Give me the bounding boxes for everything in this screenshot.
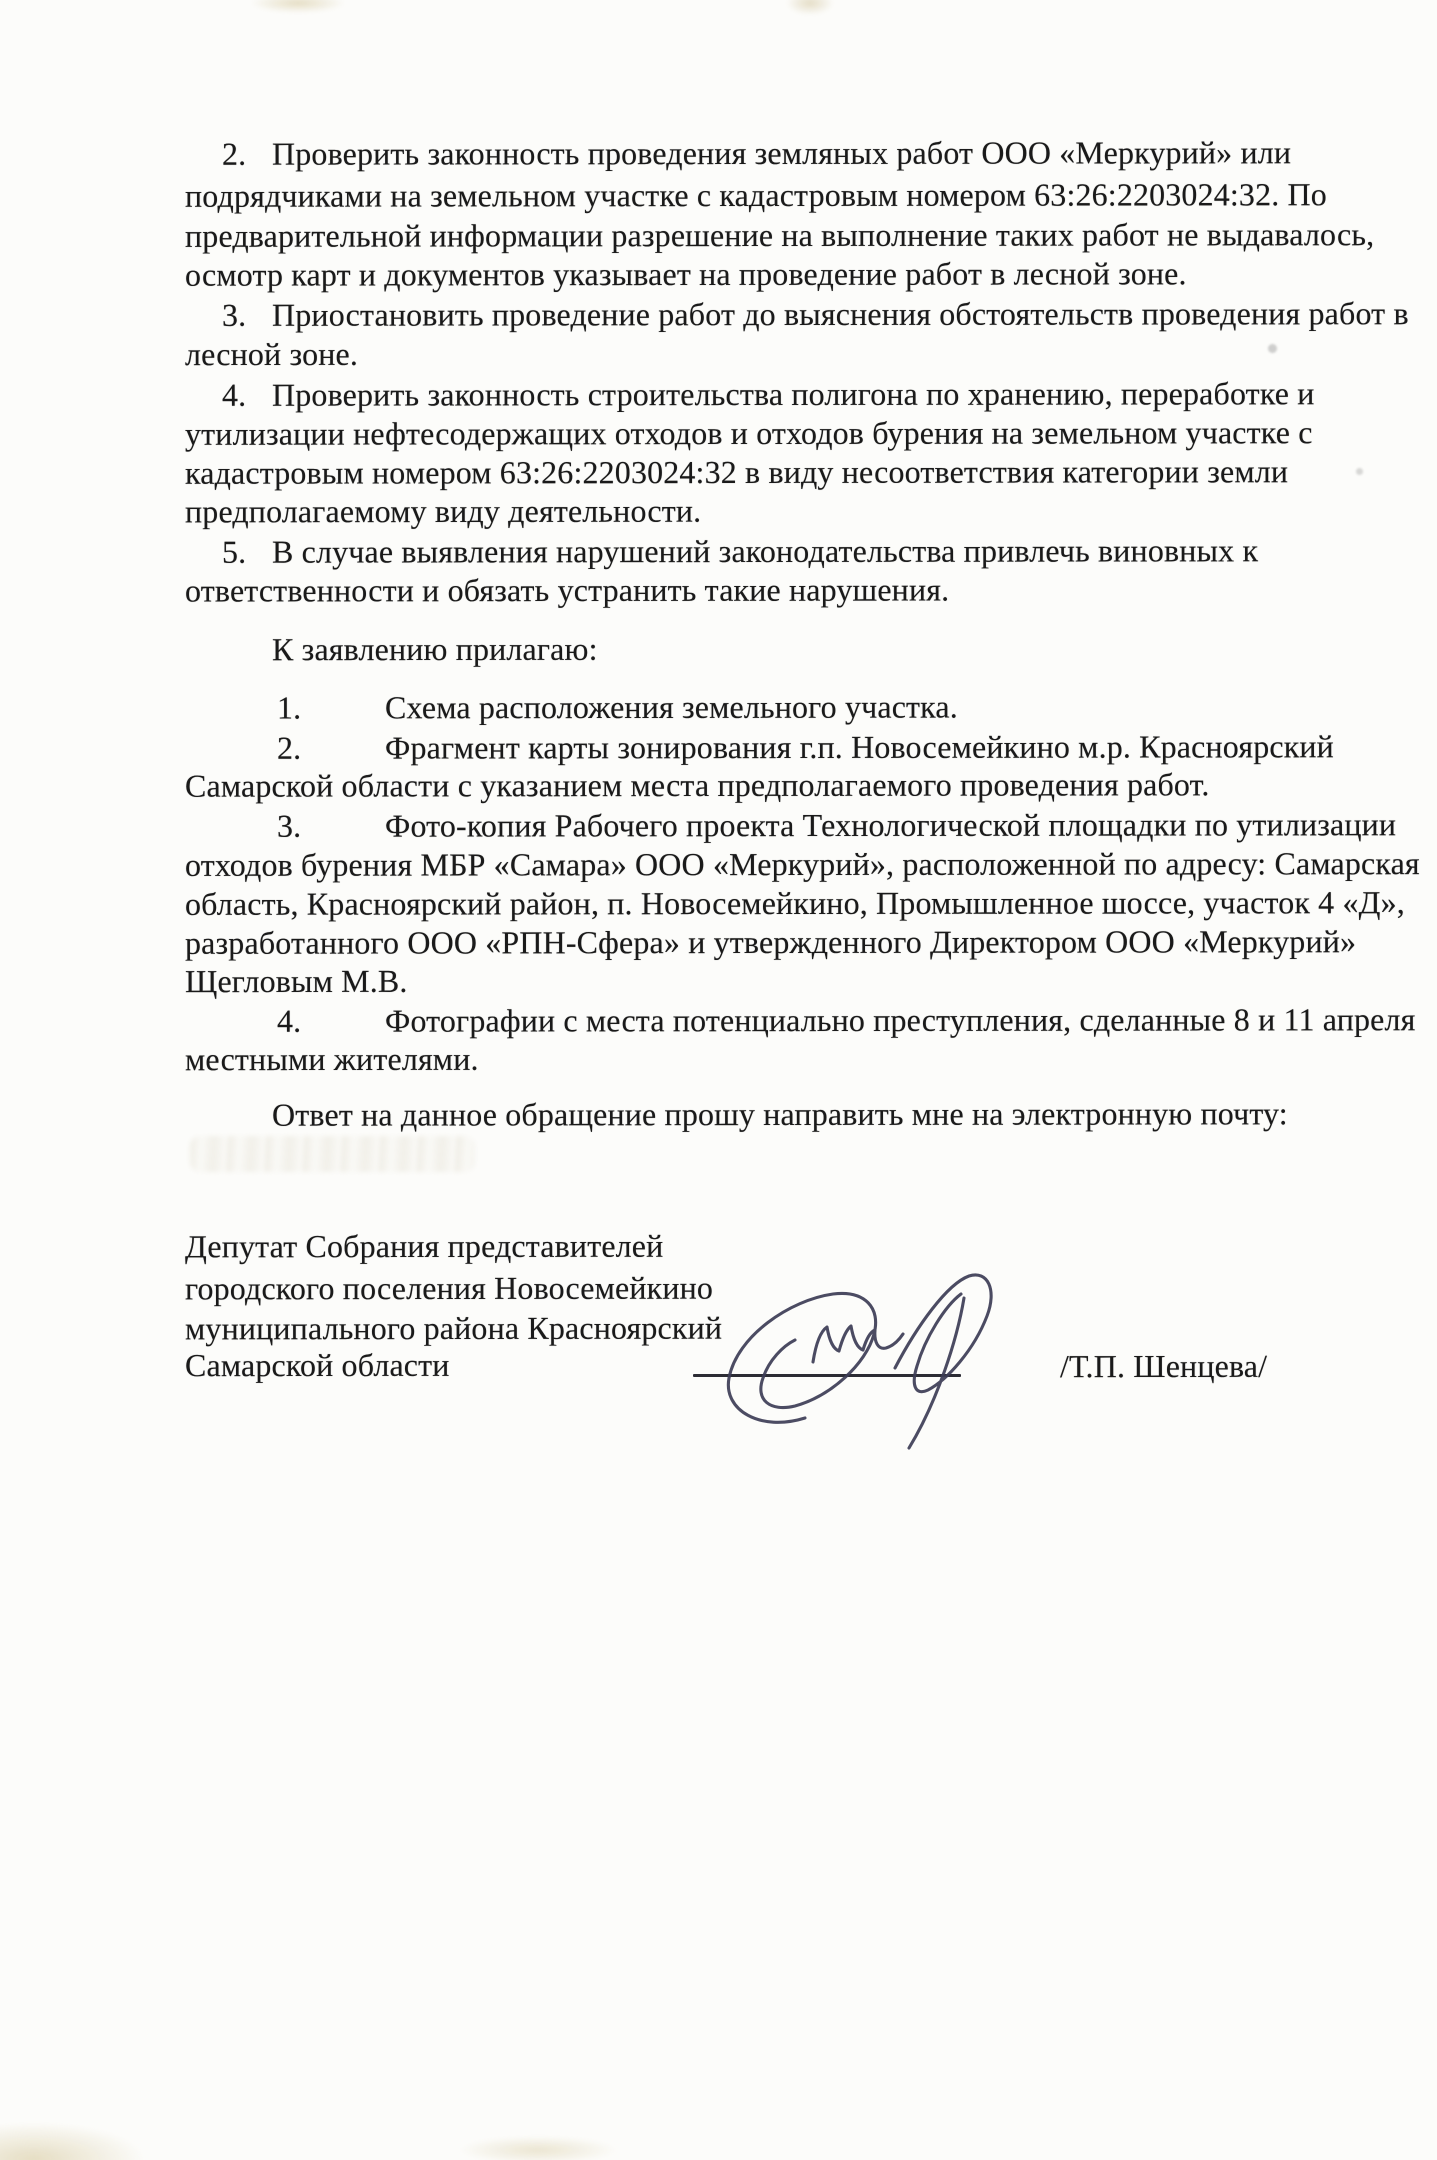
closing-line: Ответ на данное обращение прошу направит… bbox=[272, 1093, 1288, 1134]
attachment-line: Самарской области с указанием места пред… bbox=[185, 764, 1210, 805]
paragraph-line: 3.Приостановить проведение работ до выяс… bbox=[222, 293, 1409, 335]
paragraph-line: предварительной информации разрешение на… bbox=[185, 214, 1374, 256]
scan-smudge-top-center bbox=[786, 0, 834, 15]
paragraph-line: предполагаемому виду деятельности. bbox=[185, 491, 701, 532]
attachment-line: 1.Схема расположения земельного участка. bbox=[277, 687, 958, 728]
line-text: Приостановить проведение работ до выясне… bbox=[272, 295, 1409, 333]
signee-name: /Т.П. Шенцева/ bbox=[1060, 1346, 1267, 1386]
line-text: Фрагмент карты зонирования г.п. Новосеме… bbox=[385, 728, 1334, 765]
line-text: Фото-копия Рабочего проекта Технологичес… bbox=[385, 806, 1396, 843]
attachment-line: Щегловым М.В. bbox=[185, 961, 408, 1001]
line-text: Проверить законность проведения земляных… bbox=[272, 134, 1291, 171]
list-number: 2. bbox=[277, 728, 385, 768]
signoff-line: городского поселения Новосемейкино bbox=[185, 1268, 713, 1309]
scan-speck bbox=[1268, 344, 1277, 353]
attachment-line: область, Красноярский район, п. Новосеме… bbox=[185, 882, 1405, 924]
list-number: 3. bbox=[222, 295, 272, 335]
list-number: 3. bbox=[277, 806, 385, 846]
attachment-line: отходов бурения МБР «Самара» ООО «Меркур… bbox=[185, 843, 1420, 885]
list-number: 4. bbox=[277, 1001, 385, 1041]
paragraph-line: лесной зоне. bbox=[185, 334, 358, 374]
signoff-line: Самарской области bbox=[185, 1345, 450, 1385]
attachment-line: разработанного ООО «РПН-Сфера» и утвержд… bbox=[185, 921, 1356, 963]
attachment-line: местными жителями. bbox=[185, 1039, 479, 1079]
paragraph-line: осмотр карт и документов указывает на пр… bbox=[185, 253, 1187, 294]
signoff-line: муниципального района Красноярский bbox=[185, 1308, 722, 1349]
scan-smudge-top-left bbox=[250, 0, 346, 13]
paragraph-line: подрядчиками на земельном участке с када… bbox=[185, 174, 1327, 216]
line-text: Фотографии с места потенциально преступл… bbox=[385, 1001, 1416, 1038]
attachment-line: 3.Фото-копия Рабочего проекта Технологич… bbox=[277, 804, 1396, 846]
list-number: 5. bbox=[222, 532, 272, 572]
list-number: 4. bbox=[222, 375, 272, 415]
scanned-document-page: 2.Проверить законность проведения землян… bbox=[0, 0, 1437, 2160]
handwritten-signature bbox=[685, 1250, 1005, 1455]
attachments-intro: К заявлению прилагаю: bbox=[272, 629, 598, 669]
paragraph-line: ответственности и обязать устранить таки… bbox=[185, 569, 949, 610]
line-text: Схема расположения земельного участка. bbox=[385, 689, 958, 726]
paragraph-line: кадастровым номером 63:26:2203024:32 в в… bbox=[185, 451, 1288, 493]
scan-speck bbox=[1356, 468, 1363, 475]
paragraph-line: утилизации нефтесодержащих отходов и отх… bbox=[185, 412, 1313, 454]
paragraph-line: 2.Проверить законность проведения землян… bbox=[222, 132, 1291, 173]
scan-smudge-bottom-left bbox=[0, 2122, 146, 2160]
line-text: Проверить законность строительства полиг… bbox=[272, 375, 1315, 412]
attachment-line: 2.Фрагмент карты зонирования г.п. Новосе… bbox=[277, 726, 1334, 767]
paragraph-line: 4.Проверить законность строительства пол… bbox=[222, 373, 1315, 415]
scan-smudge-bottom-center bbox=[458, 2136, 618, 2160]
paragraph-line: 5.В случае выявления нарушений законодат… bbox=[222, 530, 1258, 571]
attachment-line: 4.Фотографии с места потенциально престу… bbox=[277, 999, 1416, 1041]
erased-email-smudge bbox=[190, 1136, 475, 1172]
line-text: В случае выявления нарушений законодател… bbox=[272, 532, 1258, 569]
signoff-line: Депутат Собрания представителей bbox=[185, 1226, 663, 1267]
list-number: 1. bbox=[277, 687, 385, 727]
list-number: 2. bbox=[222, 134, 272, 174]
